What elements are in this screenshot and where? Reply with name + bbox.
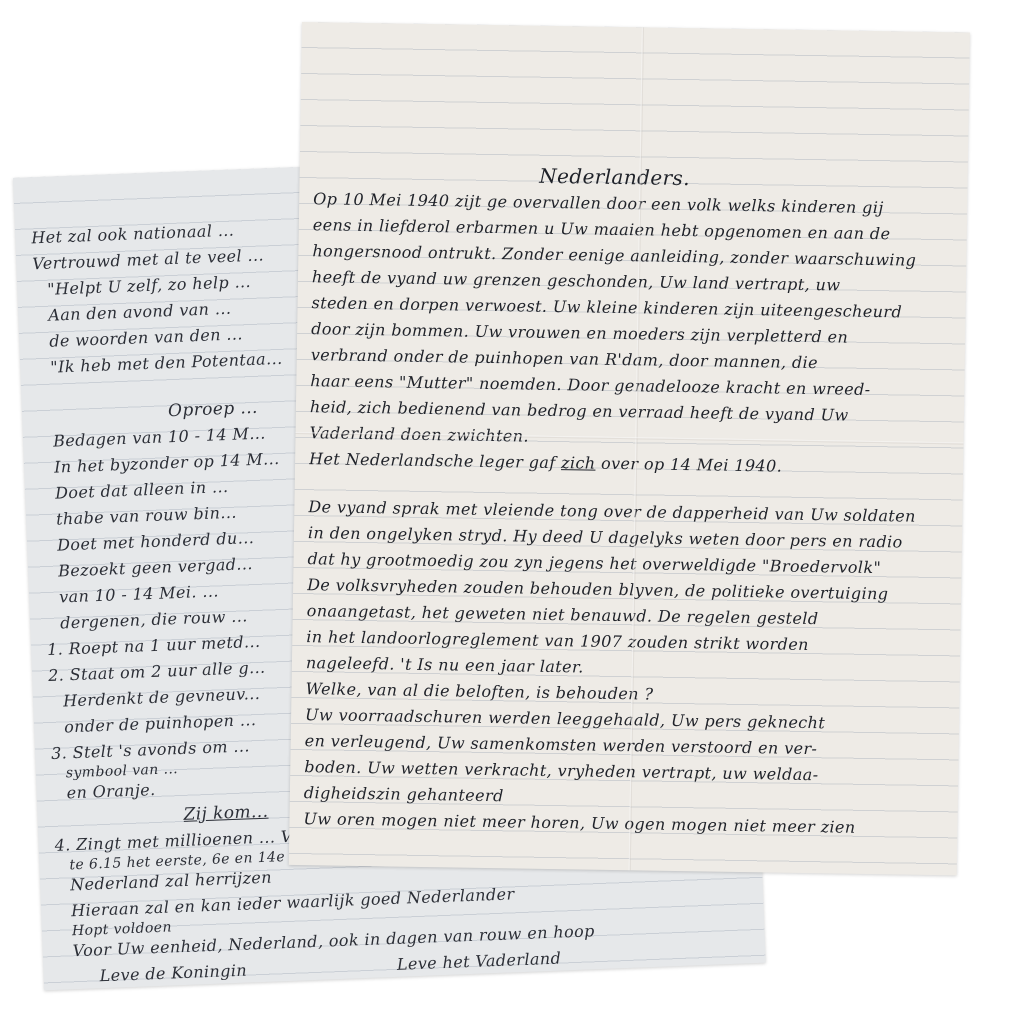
item-number: 3. xyxy=(51,743,68,763)
paragraph-2: De vyand sprak met vleiende tong over de… xyxy=(303,494,950,842)
underlined-word: zich xyxy=(561,453,596,473)
signoff-right: Leve het Vaderland xyxy=(396,946,561,978)
item-number: 1. xyxy=(47,639,64,659)
signoff-left: Leve de Koningin xyxy=(99,958,247,990)
paragraph-1: Op 10 Mei 1940 zijt ge overvallen door e… xyxy=(309,186,955,456)
front-page: Nederlanders. Op 10 Mei 1940 zijt ge ove… xyxy=(289,22,970,875)
item-number: 2. xyxy=(48,665,65,685)
